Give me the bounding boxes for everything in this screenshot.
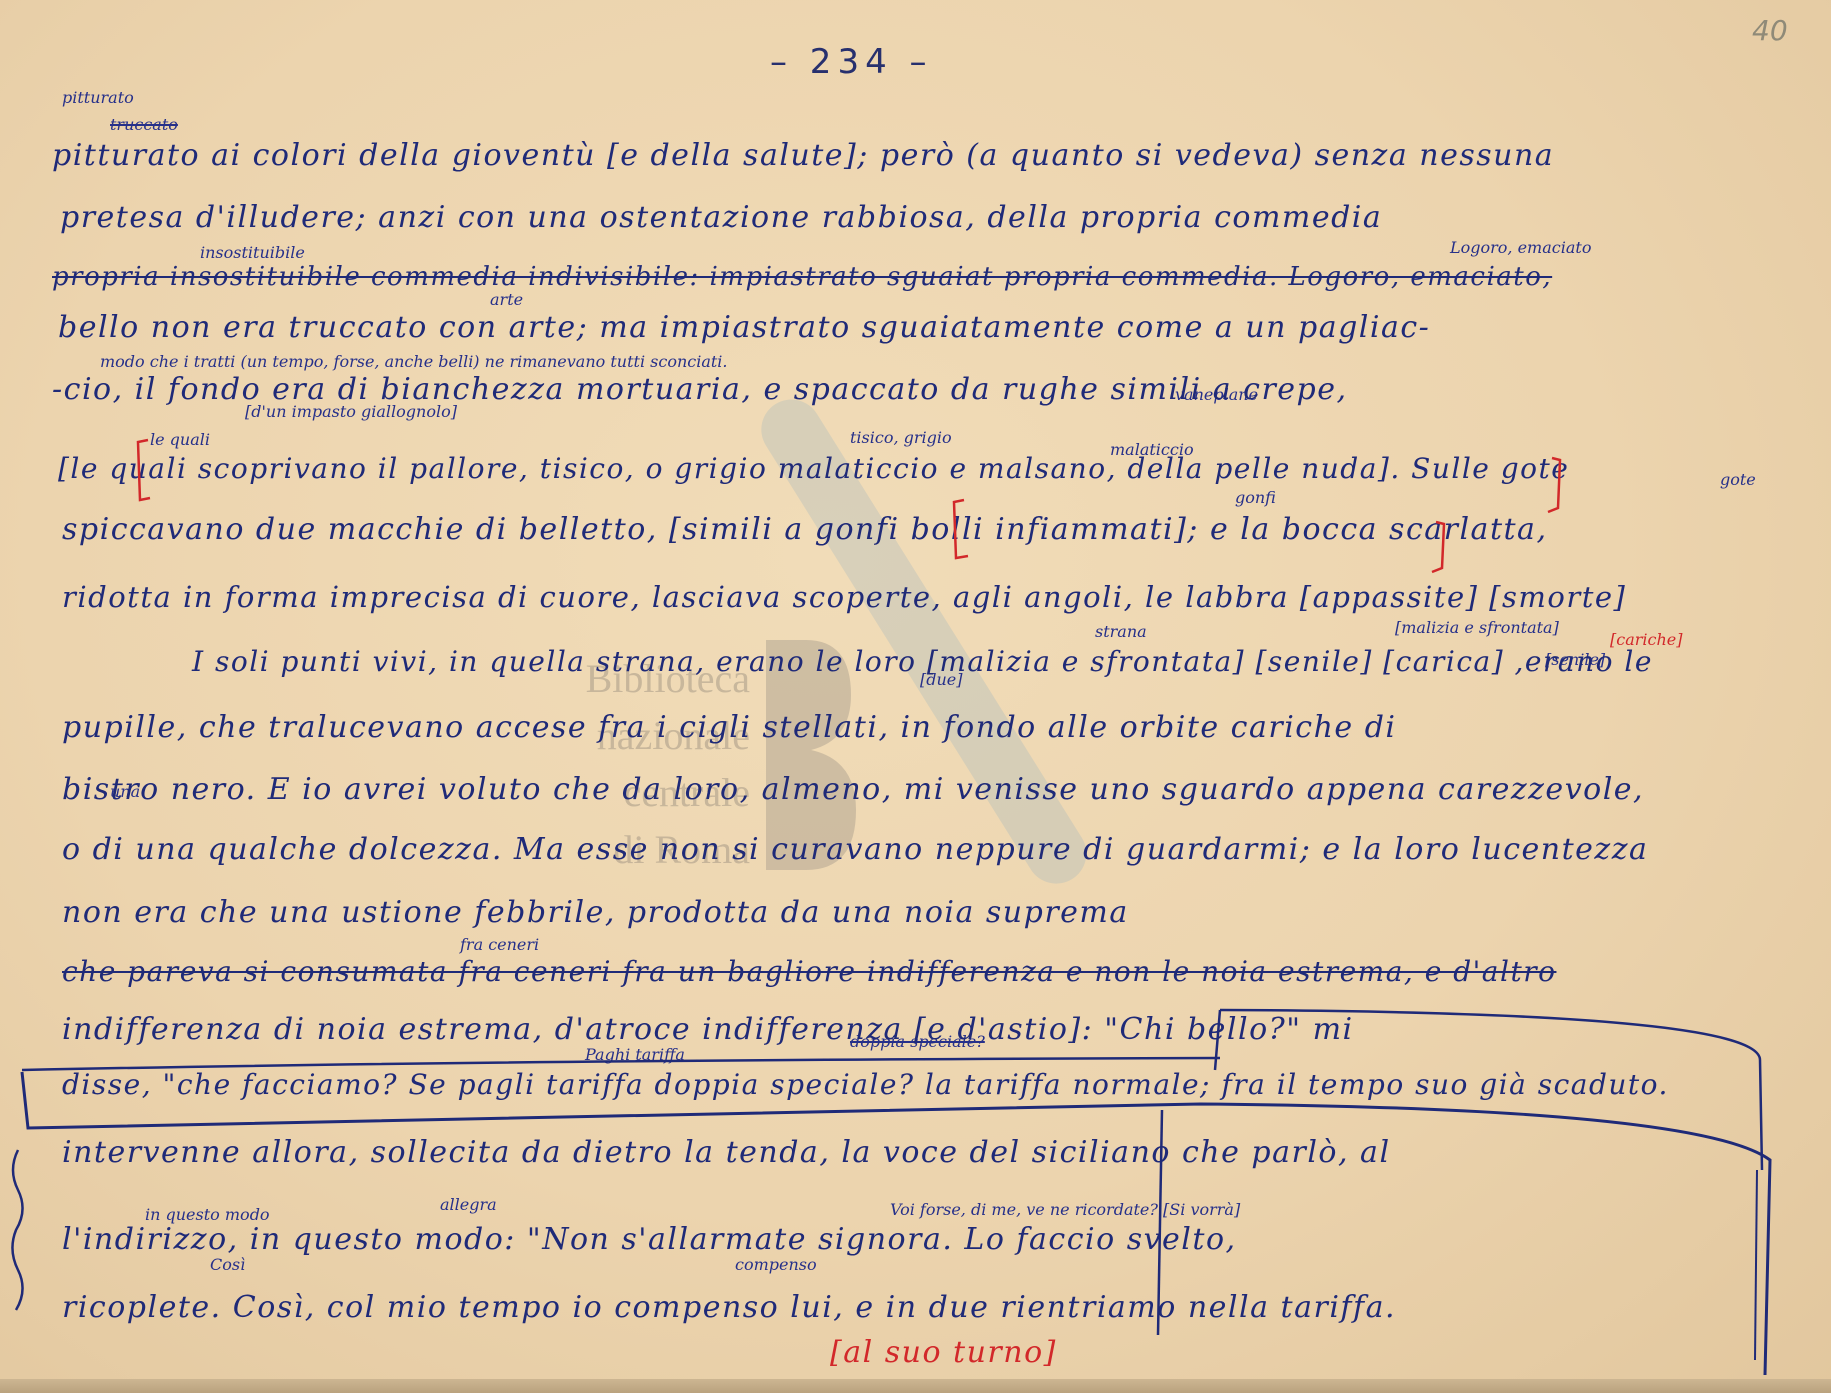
manuscript-page: Biblioteca nazionale centrale di Roma – … [0,0,1831,1393]
editorial-marks [0,0,1831,1393]
